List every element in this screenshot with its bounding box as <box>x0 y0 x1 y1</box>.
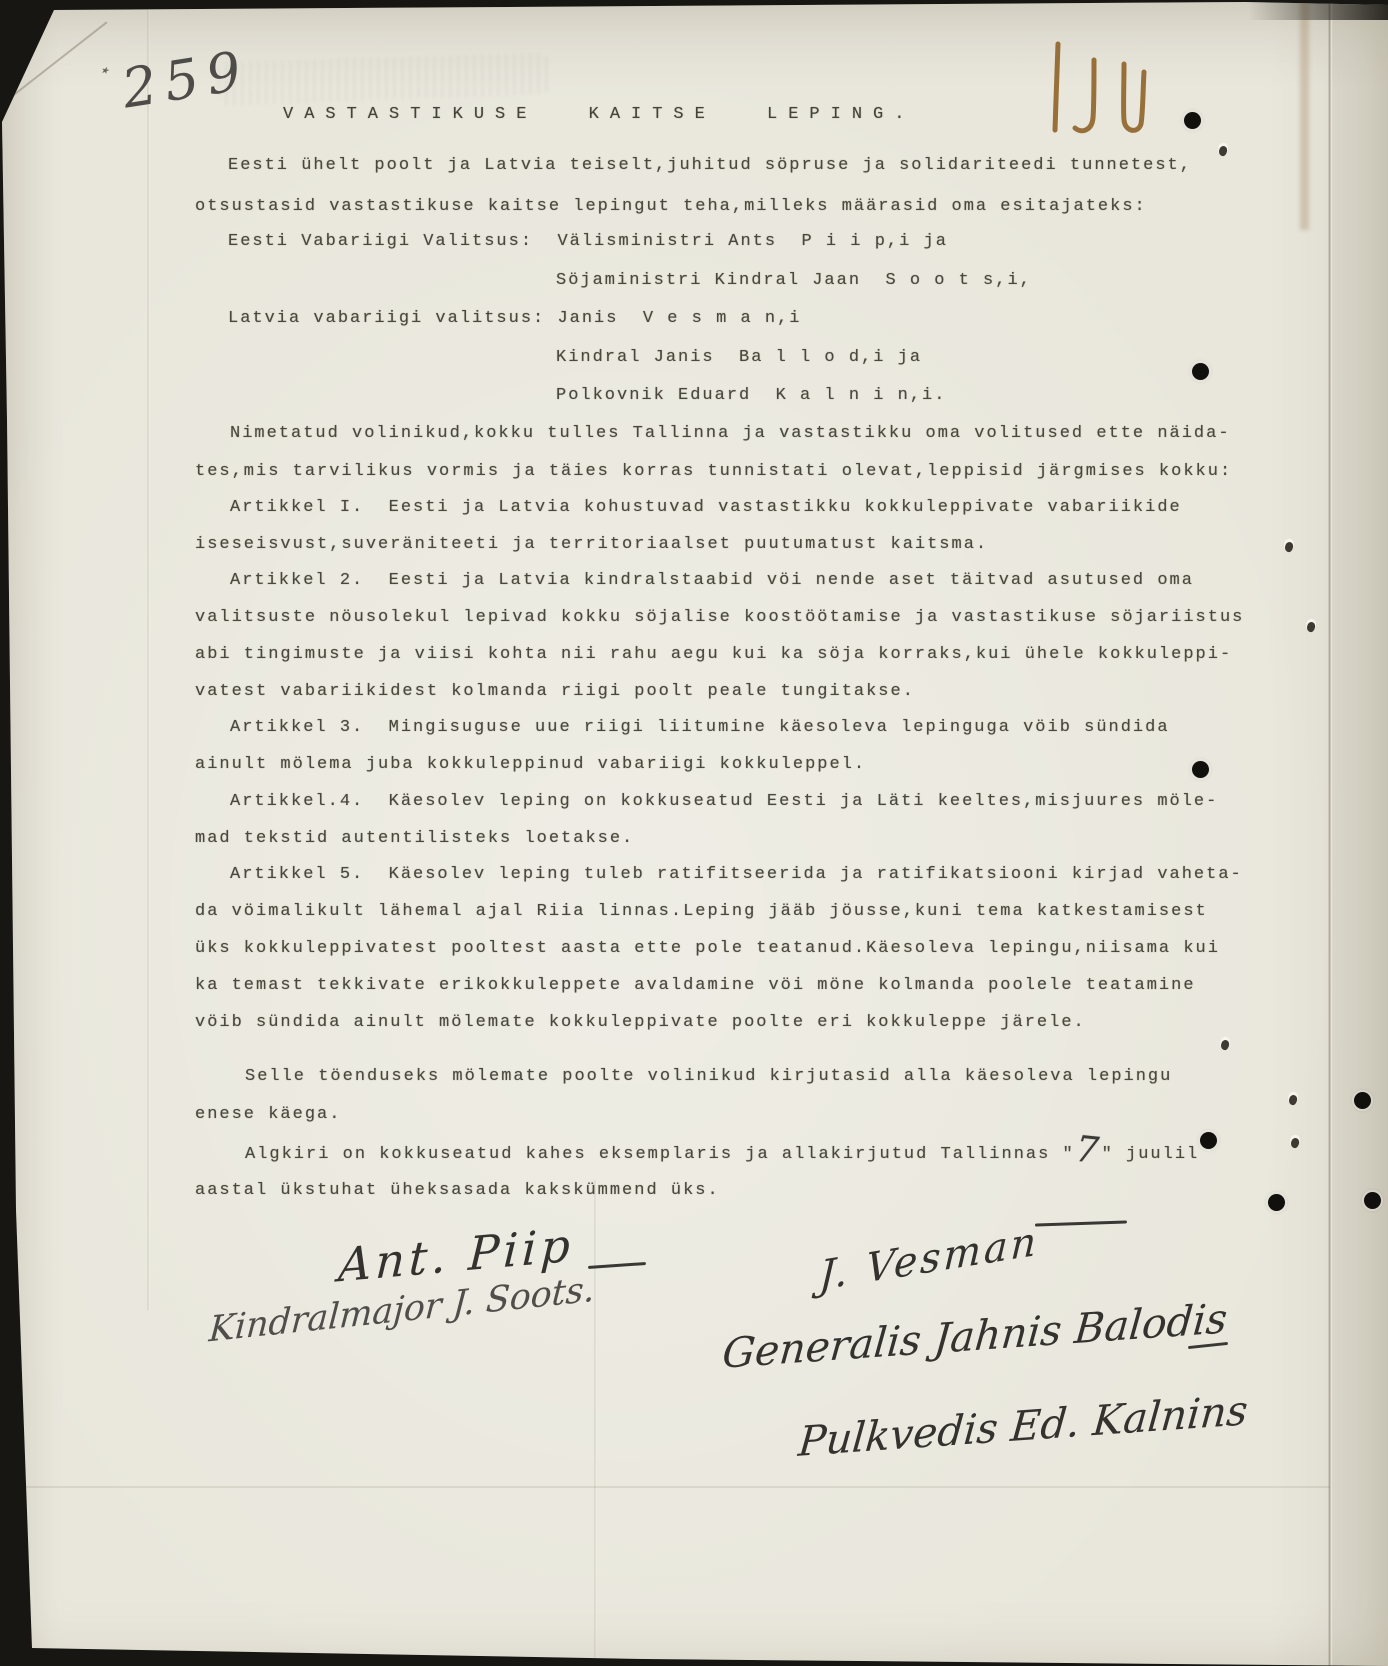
paper-tear <box>1283 541 1294 553</box>
date-suffix: " juulil <box>1102 1145 1200 1164</box>
signature-eduard-kalnins: Pulkvedis Ed. Kalnins <box>796 1386 1249 1466</box>
typewritten-line: Artikkel 5. Käesolev leping tuleb ratifi… <box>230 864 1243 886</box>
typewritten-line: Artikkel.4. Käesolev leping on kokkuseat… <box>230 791 1218 813</box>
hole-punch <box>1354 1092 1371 1109</box>
typewritten-line: Artikkel 2. Eesti ja Latvia kindralstaab… <box>230 570 1194 592</box>
document-page: 259 ٭ VASTASTIKUSE KAITSE LEPING. Eesti … <box>0 0 1388 1666</box>
paper-tear <box>1217 145 1228 157</box>
signature-flourish <box>1035 1220 1127 1226</box>
paper-tear <box>1289 1137 1300 1149</box>
paper-tear <box>1287 1094 1298 1106</box>
torn-corner-shadow <box>1248 0 1388 20</box>
hole-punch <box>1200 1132 1217 1149</box>
vertical-crease <box>594 1180 597 1666</box>
typewritten-line: Selle töenduseks mölemate poolte volinik… <box>245 1066 1172 1088</box>
hole-punch <box>1184 112 1201 129</box>
page-edge-strip <box>1333 0 1388 1666</box>
paper-tear <box>1219 1039 1230 1051</box>
typewritten-line: Kindral Janis Ba l l o d,i ja <box>556 347 922 369</box>
typewritten-line: Eesti ühelt poolt ja Latvia teiselt,juhi… <box>228 155 1192 177</box>
typewritten-line: aastal ükstuhat üheksasada kakskümmend ü… <box>195 1180 720 1202</box>
brown-ink-mark <box>1042 32 1162 147</box>
typewritten-line: Latvia vabariigi valitsus: Janis V e s m… <box>228 308 801 330</box>
typewritten-line: üks kokkuleppivatest pooltest aasta ette… <box>195 938 1220 960</box>
pencil-mark: ٭ <box>98 59 110 79</box>
right-crease-stain <box>1300 0 1309 230</box>
typewritten-line: Artikkel 3. Mingisuguse uue riigi liitum… <box>230 717 1170 739</box>
typewritten-line: otsustasid vastastikuse kaitse lepingut … <box>195 196 1147 218</box>
hole-punch <box>1268 1194 1285 1211</box>
typewritten-line: Söjaministri Kindral Jaan S o o t s,i, <box>556 270 1032 292</box>
hole-punch <box>1192 761 1209 778</box>
typewritten-line: valitsuste nöusolekul lepivad kokku söja… <box>195 607 1244 629</box>
typewritten-line: vatest vabariikidest kolmanda riigi pool… <box>195 681 915 703</box>
typewritten-line: enese käega. <box>195 1104 341 1126</box>
typewritten-line: iseseisvust,suveräniteeti ja territoriaa… <box>195 534 988 556</box>
date-prefix: Algkiri on kokkuseatud kahes eksemplaris… <box>245 1145 1075 1164</box>
typewritten-line: Polkovnik Eduard K a l n i n,i. <box>556 385 946 407</box>
typewritten-line: Eesti Vabariigi Valitsus: Välisministri … <box>228 231 948 253</box>
typewritten-line: ka temast tekkivate erikokkuleppete aval… <box>195 975 1196 997</box>
typewritten-line: tes,mis tarvilikus vormis ja täies korra… <box>195 461 1232 483</box>
typewritten-line: abi tingimuste ja viisi kohta nii rahu a… <box>195 644 1232 666</box>
paper-tear <box>1305 621 1316 633</box>
signature-janis-balodis: Generalis Jahnis Balodis <box>720 1294 1229 1378</box>
typewritten-line: da vöimalikult lähemal ajal Riia linnas.… <box>195 901 1208 923</box>
typewritten-line-date: Algkiri on kokkuseatud kahes eksemplaris… <box>245 1142 1199 1166</box>
faded-stamp-mark <box>217 52 548 105</box>
handwritten-day-number: 7 <box>1075 1145 1101 1158</box>
document-title: VASTASTIKUSE KAITSE LEPING. <box>283 104 915 126</box>
typewritten-line: Nimetatud volinikud,kokku tulles Tallinn… <box>230 423 1231 445</box>
horizontal-crease <box>0 1486 1330 1488</box>
typewritten-line: mad tekstid autentilisteks loetakse. <box>195 828 634 850</box>
hole-punch <box>1364 1192 1381 1209</box>
vertical-crease <box>147 0 150 1310</box>
typewritten-line: vöib sündida ainult mölemate kokkuleppiv… <box>195 1012 1086 1034</box>
typewritten-line: Artikkel I. Eesti ja Latvia kohustuvad v… <box>230 497 1182 519</box>
signature-janis-vesman: J. Vesman <box>818 1218 1040 1300</box>
hole-punch <box>1192 363 1209 380</box>
typewritten-line: ainult mölema juba kokkuleppinud vabarii… <box>195 754 866 776</box>
corner-fold-crease <box>5 21 107 101</box>
